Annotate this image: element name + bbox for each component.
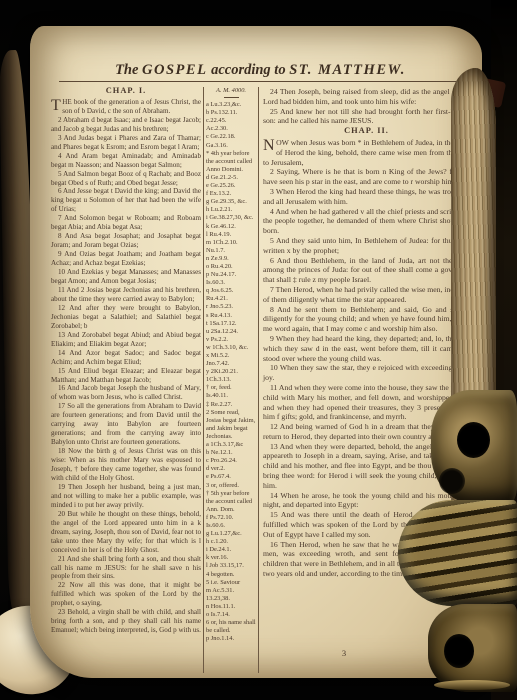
reference-item: Is.60.6. [206,522,256,530]
reference-item: l Job 33.15,17. [206,562,256,570]
reference-item: 13.23,38. [206,595,256,603]
verse: 8 And Asa begat Josaphat; and Josaphat b… [51,232,201,250]
verse: 12 And after they were brought to Babylo… [51,304,201,331]
reference-item: u 2Sa.12.24. [206,328,256,336]
reference-column: A. M. 4000. a Lu.3.23,&c.b Ps.132.11.c.2… [203,87,259,673]
verse: 22 Now all this was done, that it might … [51,581,201,608]
reference-item: b Ne.12.1. [206,449,256,457]
reference-item: k Ge.46.12. [206,223,256,231]
reference-item: c Ge.22.18. [206,133,256,141]
reference-item: † or, feed. [206,384,256,392]
brass-clasp-lower [428,604,517,692]
reference-item: o Is.7.14. [206,611,256,619]
verse: 18 Now the birth g of Jesus Christ was o… [51,447,201,483]
reference-item: 6 or, his name shall be called. [206,619,256,635]
reference-item: l Ru.4.19. [206,231,256,239]
verse: 16 And Jacob begat Joseph the husband of… [51,384,201,402]
verse: 10 And Ezekias y begat Manasses; and Man… [51,268,201,286]
verse-text: OW when Jesus was born * in Bethlehem of… [263,138,470,167]
verse: 5 And Salmon begat Booz of q Rachab; and… [51,170,201,188]
reference-item: r Jno.5.23. [206,303,256,311]
verse: 20 But while he thought on these things,… [51,510,201,555]
chapter-1-heading: CHAP. I. [51,87,201,96]
verse: 9 When they had heard the king, they dep… [263,334,470,363]
reference-item: p Nu.24.17. [206,271,256,279]
reference-item: f Ex.13.2. [206,190,256,198]
verse: 25 And knew her not till she had brought… [263,107,470,127]
verse: 21 And she shall bring forth a son, and … [51,555,201,582]
reference-item: a Lu.3.23,&c. [206,101,256,109]
verse: 6 And thou Bethlehem, in the land of Jud… [263,256,470,285]
reference-item: Ru.4.21. [206,295,256,303]
verse: NOW when Jesus was born * in Bethlehem o… [263,138,470,167]
verse: 8 And he sent them to Bethlehem; and sai… [263,305,470,334]
reference-item: a 1Ch.3.17,&c [206,441,256,449]
reference-item: g Lu.1.27,&c. [206,530,256,538]
reference-item: e Ge.25.26. [206,182,256,190]
verse: 7 And Solomon begat w Roboam; and Roboam… [51,214,201,232]
verse: 17 So all the generations from Abraham t… [51,402,201,447]
reference-item: w 1Ch.3.10, &c. [206,344,256,352]
reference-item: m 1Ch.2.10. [206,239,256,247]
text-columns: CHAP. I. THE book of the generation a of… [51,87,470,673]
verse: 24 Then Joseph, being raised from sleep,… [263,87,470,107]
era-rule [224,97,239,98]
verse: 4 And Aram begat Aminadab; and Aminadab … [51,152,201,170]
reference-item: d ver.2. [206,465,256,473]
reference-item: i Ge.38.27,30, &c. [206,214,256,222]
clasp-bright-rim [434,680,510,690]
verse: 15 And Eliud begat Eleazar; and Eleazar … [51,367,201,385]
reference-item: b Ps.132.11. [206,109,256,117]
verse: 5 And they said unto him, In Bethlehem o… [263,236,470,256]
reference-item: † 5th year before the account called Ann… [206,490,256,514]
reference-item: h Lu.2.21. [206,206,256,214]
reference-item: Is.60.3. [206,279,256,287]
reference-item: i De.24.1. [206,546,256,554]
reference-item: ‡ Re.2.27. [206,401,256,409]
title-according-to: according to [211,62,286,78]
reference-item: q Jos.6.25. [206,287,256,295]
reference-item: c.22.45. [206,117,256,125]
verse: 6 And Jesse begat t David the king; and … [51,187,201,214]
reference-item: Nu.1.7. [206,247,256,255]
verse: 9 And Ozias begat Joatham; and Joatham b… [51,250,201,268]
reference-item: Jno.7.42. [206,360,256,368]
reference-item: Ac.2.30. [206,125,256,133]
verse: 10 When they saw the star, they e rejoic… [263,363,470,383]
antique-bible-photo: The GOSPEL according to ST. MATTHEW. CHA… [0,0,517,700]
reference-item: t 1Sa.17.12. [206,320,256,328]
reference-item: 3 or, offered. [206,482,256,490]
reference-item: 2 Some read, Josias begat Jakim, and Jak… [206,409,256,441]
verse: 3 And Judas begat i Phares and Zara of T… [51,134,201,152]
reference-item: h c.1.20. [206,538,256,546]
reference-item: g Ge.29.35, &c. [206,198,256,206]
brass-clasp-upper [431,390,517,504]
verse: THE book of the generation a of Jesus Ch… [51,98,201,116]
verse: 13 And Zorobabel begat Abiud; and Abiud … [51,331,201,349]
title-st-matthew: ST. MATTHEW. [289,62,406,78]
reference-item: c Pro.26.24. [206,457,256,465]
verse: 23 Behold, a virgin shall be with child,… [51,608,201,635]
reference-item: m Ac.5.31. [206,587,256,595]
reference-item: o Ru.4.20. [206,263,256,271]
verse: 14 And Azor begat Sadoc; and Sadoc begat… [51,349,201,367]
reference-item: n Hos.11.1. [206,603,256,611]
reference-item: e Ps.67.4. [206,473,256,481]
verse: 2 Saying, Where is he that is born n Kin… [263,167,470,187]
chapter-1-end-verses: 24 Then Joseph, being raised from sleep,… [263,87,470,126]
title-rule [59,81,462,82]
reference-item: * 4th year before the account called Ann… [206,150,256,174]
verse: 4 And when he had gathered v all the chi… [263,207,470,236]
reference-item: s Ru.4.13. [206,312,256,320]
verse: 11 And 2 Josias begat Jechonias and his … [51,286,201,304]
reference-item: Ga.3.16. [206,142,256,150]
era-heading: A. M. 4000. [206,87,256,95]
verse: 7 Then Herod, when he had privily called… [263,285,470,305]
reference-item: x Mi.5.2. [206,352,256,360]
reference-item: k ver.16. [206,554,256,562]
reference-list: a Lu.3.23,&c.b Ps.132.11.c.22.45.Ac.2.30… [206,101,256,643]
reference-item: 1Ch.3.13. [206,376,256,384]
left-verses: 2 Abraham d begat Isaac; and e Isaac beg… [51,116,201,635]
reference-item: y 2Ki.20.21. [206,368,256,376]
chapter-2-heading: CHAP. II. [263,126,470,136]
verse: 3 When Herod the king had heard these th… [263,187,470,207]
reference-item: p Jno.1.14. [206,635,256,643]
left-column: CHAP. I. THE book of the generation a of… [51,87,201,673]
reference-item: Is.40.11. [206,392,256,400]
reference-item: f Ps.72.10. [206,514,256,522]
page-title: The GOSPEL according to ST. MATTHEW. [51,62,470,79]
page-number: 3 [322,648,366,658]
reference-item: d Ge.21.2-5. [206,174,256,182]
title-gospel: GOSPEL [142,62,207,78]
drop-cap-n: N [263,138,276,152]
drop-cap-t: T [51,98,62,112]
title-the: The [115,62,138,78]
brass-clasp-strap [398,500,517,606]
reference-item: 4 begotten. [206,571,256,579]
clasp-hole [444,634,474,668]
verse-text: HE book of the generation a of Jesus Chr… [62,98,201,115]
reference-item: 5 i.e. Saviour [206,579,256,587]
reference-item: v Ps.2.2. [206,336,256,344]
verse: 2 Abraham d begat Isaac; and e Isaac beg… [51,116,201,134]
verse: 19 Then Joseph her husband, being a just… [51,483,201,510]
clasp-dark-spot [439,468,465,494]
clasp-hole [457,422,490,458]
reference-item: n Ze.9.9. [206,255,256,263]
